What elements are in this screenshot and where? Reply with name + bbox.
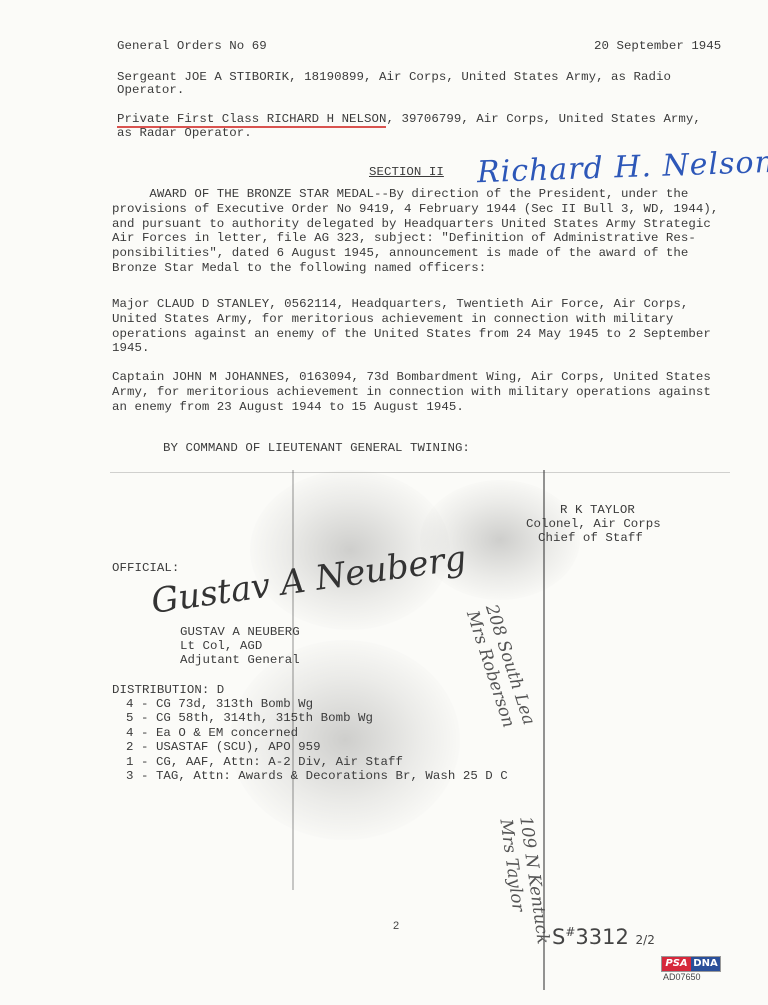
awardee-radio-line2: Operator. [117, 84, 184, 97]
official-rank: Lt Col, AGD [180, 640, 262, 653]
psa-dna-sticker: PSA DNA [661, 956, 721, 972]
officer-entry-line: Captain JOHN M JOHANNES, 0163094, 73d Bo… [112, 371, 711, 384]
official-title: Adjutant General [180, 654, 300, 667]
order-number: General Orders No 69 [117, 40, 267, 53]
award-paragraph-line: Air Forces in letter, file AG 323, subje… [112, 232, 696, 245]
officer-entry-line: Army, for meritorious achievement in con… [112, 386, 711, 399]
officer-entry-line: Major CLAUD D STANLEY, 0562114, Headquar… [112, 298, 688, 311]
award-paragraph-line: AWARD OF THE BRONZE STAR MEDAL--By direc… [112, 188, 688, 201]
stock-fraction: 2/2 [636, 933, 655, 947]
distribution-label: DISTRIBUTION: D [112, 684, 224, 697]
stock-number: S#3312 2/2 [552, 925, 655, 949]
distribution-line: 2 - USASTAF (SCU), APO 959 [126, 741, 321, 754]
psa-logo: PSA [662, 957, 691, 971]
awardee-radio-line1: Sergeant JOE A STIBORIK, 18190899, Air C… [117, 71, 671, 84]
awardee-radar-line1: Private First Class RICHARD H NELSON, 39… [117, 113, 701, 126]
distribution-line: 5 - CG 58th, 314th, 315th Bomb Wg [126, 712, 373, 725]
chief-of-staff-title: Chief of Staff [538, 532, 643, 545]
award-paragraph-line: and pursuant to authority delegated by H… [112, 218, 711, 231]
distribution-line: 4 - Ea O & EM concerned [126, 727, 298, 740]
dna-logo: DNA [691, 957, 720, 971]
certificate-id: AD07650 [663, 972, 701, 982]
officer-entry-line: United States Army, for meritorious achi… [112, 313, 673, 326]
command-line: BY COMMAND OF LIEUTENANT GENERAL TWINING… [163, 442, 470, 455]
officer-entry-line: an enemy from 23 August 1944 to 15 Augus… [112, 401, 464, 414]
section-title: SECTION II [369, 166, 444, 179]
awardee-radar-rest: , 39706799, Air Corps, United States Arm… [386, 112, 700, 126]
order-date: 20 September 1945 [594, 40, 721, 53]
fold-line [292, 470, 294, 890]
stock-digits: 3312 [575, 925, 628, 949]
fold-line [110, 472, 730, 473]
awardee-radar-line2: as Radar Operator. [117, 127, 252, 140]
officer-entry-line: 1945. [112, 342, 149, 355]
chief-of-staff-rank: Colonel, Air Corps [526, 518, 661, 531]
autograph-signature: Richard H. Nelson [476, 145, 768, 190]
award-paragraph-line: Bronze Star Medal to the following named… [112, 262, 486, 275]
pencil-note-address-1: 208 South Lea Mrs Roberson [462, 602, 539, 734]
official-label: OFFICIAL: [112, 562, 179, 575]
page-number: 2 [393, 920, 399, 932]
distribution-line: 4 - CG 73d, 313th Bomb Wg [126, 698, 313, 711]
award-paragraph-line: provisions of Executive Order No 9419, 4… [112, 203, 718, 216]
stock-prefix: S [552, 925, 565, 949]
distribution-line: 1 - CG, AAF, Attn: A-2 Div, Air Staff [126, 756, 403, 769]
award-paragraph-line: ponsibilities", dated 6 August 1945, ann… [112, 247, 688, 260]
distribution-line: 3 - TAG, Attn: Awards & Decorations Br, … [126, 770, 508, 783]
document-page: General Orders No 69 20 September 1945 S… [0, 0, 768, 1005]
stock-hash: # [565, 925, 575, 939]
chief-of-staff-name: R K TAYLOR [560, 504, 635, 517]
officer-entry-line: operations against an enemy of the Unite… [112, 328, 711, 341]
official-name: GUSTAV A NEUBERG [180, 626, 300, 639]
